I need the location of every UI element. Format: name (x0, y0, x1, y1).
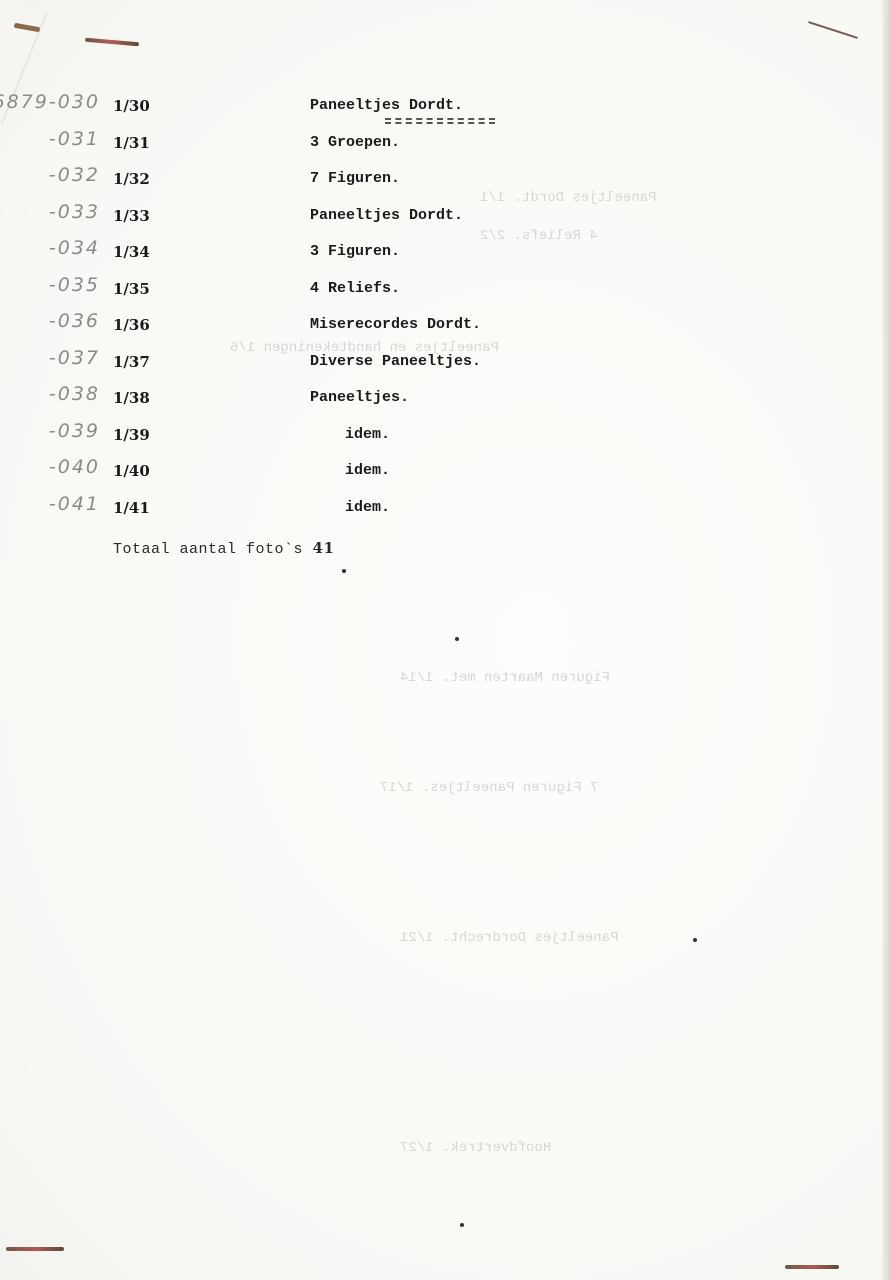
handwritten-inventory-number: -034 (49, 237, 100, 259)
handwritten-inventory-number: -040 (49, 456, 100, 478)
photo-description: Paneeltjes Dordt. (310, 207, 463, 224)
ink-speck (693, 938, 697, 942)
document-page: Paneeltjes Dordt. 1/1 4 Reliefs. 2/2 Pan… (0, 0, 890, 1280)
list-item: -0371/37Diverse Paneeltjes. (0, 353, 890, 377)
handwritten-inventory-number: -033 (49, 201, 100, 223)
handwritten-inventory-number: -032 (49, 164, 100, 186)
list-item: -0401/40idem. (0, 462, 890, 486)
handwritten-inventory-number: -039 (49, 420, 100, 442)
handwritten-inventory-number: -031 (49, 128, 100, 150)
photo-number: 1/39 (113, 426, 150, 444)
photo-description: Miserecordes Dordt. (310, 316, 481, 333)
total-label: Totaal aantal foto`s (113, 541, 303, 558)
handwritten-inventory-number: -035 (49, 274, 100, 296)
staple-mark (6, 1247, 64, 1251)
staple-mark (85, 38, 139, 47)
photo-number: 1/31 (113, 134, 150, 152)
list-item: -0321/327 Figuren. (0, 170, 890, 194)
list-item: -0391/39idem. (0, 426, 890, 450)
ink-speck (460, 1223, 464, 1227)
bleed-through-text: 7 Figuren Paneeltjes. 1/17 (380, 780, 598, 796)
total-value: 41 (313, 539, 335, 557)
handwritten-inventory-number: -038 (49, 383, 100, 405)
total-line: Totaal aantal foto`s 41 (113, 539, 334, 558)
bleed-through-text: Paneeltjes Dordrecht. 1/21 (400, 930, 618, 946)
photo-description: idem. (345, 462, 390, 479)
photo-description: Paneeltjes. (310, 389, 409, 406)
handwritten-inventory-number: -037 (49, 347, 100, 369)
photo-number: 1/36 (113, 316, 150, 334)
photo-number: 1/33 (113, 207, 150, 225)
bleed-through-text: Figuren Maarten met. 1/14 (400, 670, 610, 686)
photo-number: 1/35 (113, 280, 150, 298)
list-item: -0331/33Paneeltjes Dordt. (0, 207, 890, 231)
photo-description: Diverse Paneeltjes. (310, 353, 481, 370)
list-item: -0381/38Paneeltjes. (0, 389, 890, 413)
photo-description: idem. (345, 499, 390, 516)
ink-speck (342, 569, 346, 573)
photo-number: 1/38 (113, 389, 150, 407)
photo-description: Paneeltjes Dordt. (310, 97, 463, 114)
list-item: -0311/313 Groepen. (0, 134, 890, 158)
list-item: -0361/36Miserecordes Dordt. (0, 316, 890, 340)
photo-description: 3 Figuren. (310, 243, 400, 260)
list-item: 06879-0301/30Paneeltjes Dordt. (0, 97, 890, 121)
handwritten-inventory-number: -036 (49, 310, 100, 332)
photo-number: 1/32 (113, 170, 150, 188)
ink-speck (455, 637, 459, 641)
list-item: -0411/41idem. (0, 499, 890, 523)
staple-mark (785, 1265, 839, 1269)
staple-mark (808, 21, 858, 39)
handwritten-inventory-number: 06879-030 (0, 91, 100, 113)
photo-description: 3 Groepen. (310, 134, 400, 151)
photo-number: 1/34 (113, 243, 150, 261)
photo-number: 1/40 (113, 462, 150, 480)
photo-description: 7 Figuren. (310, 170, 400, 187)
handwritten-inventory-number: -041 (49, 493, 100, 515)
photo-description: idem. (345, 426, 390, 443)
photo-number: 1/30 (113, 97, 150, 115)
list-item: -0351/354 Reliefs. (0, 280, 890, 304)
bleed-through-text: Hoofdvertrek. 1/27 (400, 1140, 551, 1156)
photo-description: 4 Reliefs. (310, 280, 400, 297)
photo-number: 1/37 (113, 353, 150, 371)
list-item: -0341/343 Figuren. (0, 243, 890, 267)
photo-number: 1/41 (113, 499, 150, 517)
